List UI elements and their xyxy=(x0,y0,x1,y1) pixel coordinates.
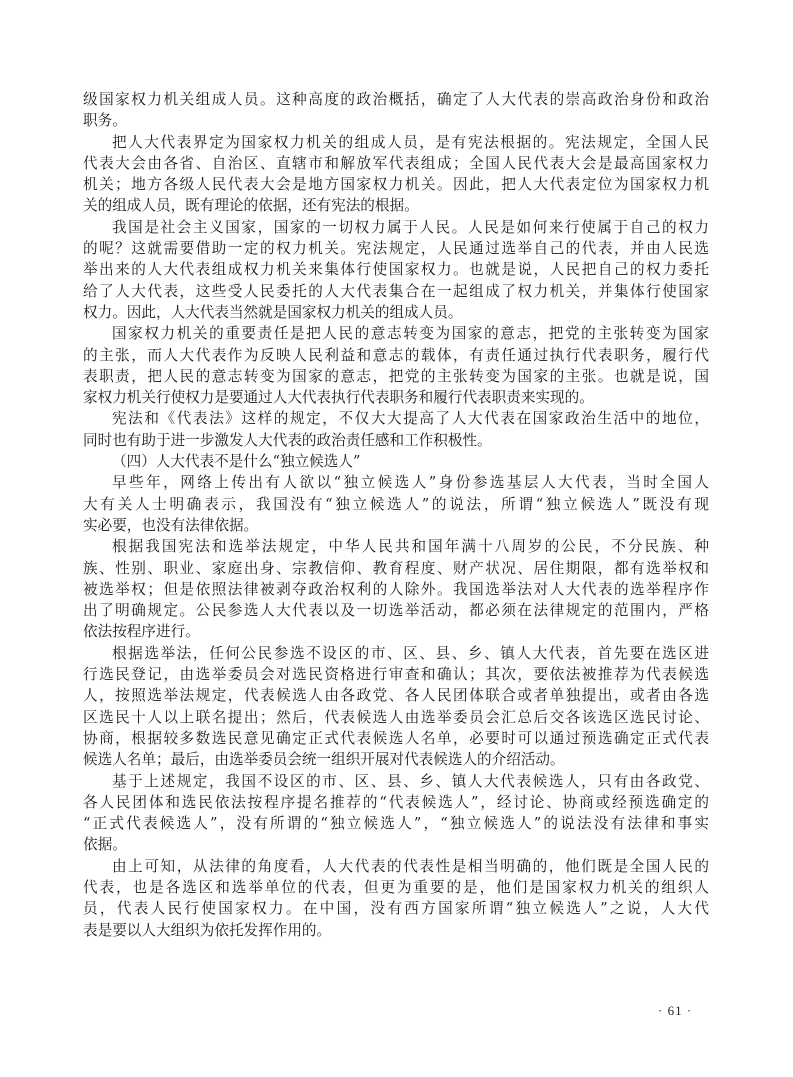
text-line: 表是要以人大组织为依托发挥作用的。 xyxy=(83,920,709,941)
paragraph: 根据选举法，任何公民参选不设区的市、区、县、乡、镇人大代表，首先要在选区进 行选… xyxy=(83,643,709,771)
text-line: 职务。 xyxy=(83,110,709,131)
paragraph: 根据我国宪法和选举法规定，中华人民共和国年满十八周岁的公民，不分民族、种 族、性… xyxy=(83,536,709,642)
text-line: 基于上述规定，我国不设区的市、区、县、乡、镇人大代表候选人，只有由各政党、 xyxy=(83,771,709,792)
text-line: 大有关人士明确表示，我国没有“独立候选人”的说法，所谓“独立候选人”既没有现 xyxy=(83,494,709,515)
text-line: 机关；地方各级人民代表大会是地方国家权力机关。因此，把人大代表定位为国家权力机 xyxy=(83,174,709,195)
text-line: 国家权力机关的重要责任是把人民的意志转变为国家的意志，把党的主张转变为国家 xyxy=(83,323,709,344)
text-line: 行选民登记，由选举委员会对选民资格进行审查和确认；其次，要依法被推荐为代表候选 xyxy=(83,664,709,685)
text-line: 宪法和《代表法》这样的规定，不仅大大提高了人大代表在国家政治生活中的地位， xyxy=(83,408,709,429)
text-line: 表职责，把人民的意志转变为国家的意志，把党的主张转变为国家的主张。也就是说，国 xyxy=(83,366,709,387)
text-line: “正式代表候选人”，没有所谓的“独立候选人”，“独立候选人”的说法没有法律和事实 xyxy=(83,813,709,834)
text-line: 代表大会由各省、自治区、直辖市和解放军代表组成；全国人民代表大会是最高国家权力 xyxy=(83,153,709,174)
text-line: 关的组成人员，既有理论的依据，还有宪法的根据。 xyxy=(83,195,709,216)
text-line: 早些年，网络上传出有人欲以“独立候选人”身份参选基层人大代表，当时全国人 xyxy=(83,472,709,493)
paragraph: 宪法和《代表法》这样的规定，不仅大大提高了人大代表在国家政治生活中的地位， 同时… xyxy=(83,408,709,451)
text-line: 出了明确规定。公民参选人大代表以及一切选举活动，都必须在法律规定的范围内，严格 xyxy=(83,600,709,621)
text-line: 候选人名单；最后，由选举委员会统一组织开展对代表候选人的介绍活动。 xyxy=(83,749,709,770)
text-line: 依据。 xyxy=(83,834,709,855)
text-line: 举出来的人大代表组成权力机关来集体行使国家权力。也就是说，人民把自己的权力委托 xyxy=(83,259,709,280)
page-number: · 61 · xyxy=(658,1003,692,1019)
paragraph: 级国家权力机关组成人员。这种高度的政治概括，确定了人大代表的崇高政治身份和政治 … xyxy=(83,89,709,132)
paragraph: 国家权力机关的重要责任是把人民的意志转变为国家的意志，把党的主张转变为国家 的主… xyxy=(83,323,709,408)
paragraph: 我国是社会主义国家，国家的一切权力属于人民。人民是如何来行使属于自己的权力 的呢… xyxy=(83,217,709,323)
text-line: 各人民团体和选民依法按程序提名推荐的“代表候选人”，经讨论、协商或经预选确定的 xyxy=(83,792,709,813)
text-line: 由上可知，从法律的角度看，人大代表的代表性是相当明确的，他们既是全国人民的 xyxy=(83,856,709,877)
text-line: 给了人大代表，这些受人民委托的人大代表集合在一起组成了权力机关，并集体行使国家 xyxy=(83,281,709,302)
text-line: 实必要，也没有法律依据。 xyxy=(83,515,709,536)
text-line: 代表，也是各选区和选举单位的代表，但更为重要的是，他们是国家权力机关的组织人 xyxy=(83,877,709,898)
section-heading: （四）人大代表不是什么“独立候选人” xyxy=(83,451,709,472)
text-line: 员，代表人民行使国家权力。在中国，没有西方国家所谓“独立候选人”之说，人大代 xyxy=(83,898,709,919)
text-line: 同时也有助于进一步激发人大代表的政治责任感和工作积极性。 xyxy=(83,430,709,451)
paragraph: 早些年，网络上传出有人欲以“独立候选人”身份参选基层人大代表，当时全国人 大有关… xyxy=(83,472,709,536)
text-line: 的呢？这就需要借助一定的权力机关。宪法规定，人民通过选举自己的代表，并由人民选 xyxy=(83,238,709,259)
text-line: 区选民十人以上联名提出；然后，代表候选人由选举委员会汇总后交各该选区选民讨论、 xyxy=(83,707,709,728)
text-line: 级国家权力机关组成人员。这种高度的政治概括，确定了人大代表的崇高政治身份和政治 xyxy=(83,89,709,110)
text-line: 人，按照选举法规定，代表候选人由各政党、各人民团体联合或者单独提出，或者由各选 xyxy=(83,685,709,706)
text-line: 协商，根据较多数选民意见确定正式代表候选人名单，必要时可以通过预选确定正式代表 xyxy=(83,728,709,749)
text-line: 根据我国宪法和选举法规定，中华人民共和国年满十八周岁的公民，不分民族、种 xyxy=(83,536,709,557)
text-line: 把人大代表界定为国家权力机关的组成人员，是有宪法根据的。宪法规定，全国人民 xyxy=(83,132,709,153)
heading-text: （四）人大代表不是什么“独立候选人” xyxy=(83,451,709,472)
text-line: 族、性别、职业、家庭出身、宗教信仰、教育程度、财产状况、居住期限，都有选举权和 xyxy=(83,558,709,579)
paragraph: 基于上述规定，我国不设区的市、区、县、乡、镇人大代表候选人，只有由各政党、 各人… xyxy=(83,771,709,856)
paragraph: 把人大代表界定为国家权力机关的组成人员，是有宪法根据的。宪法规定，全国人民 代表… xyxy=(83,132,709,217)
document-body: 级国家权力机关组成人员。这种高度的政治概括，确定了人大代表的崇高政治身份和政治 … xyxy=(83,89,709,941)
text-line: 我国是社会主义国家，国家的一切权力属于人民。人民是如何来行使属于自己的权力 xyxy=(83,217,709,238)
text-line: 被选举权；但是依照法律被剥夺政治权利的人除外。我国选举法对人大代表的选举程序作 xyxy=(83,579,709,600)
text-line: 的主张，而人大代表作为反映人民利益和意志的载体，有责任通过执行代表职务，履行代 xyxy=(83,345,709,366)
paragraph: 由上可知，从法律的角度看，人大代表的代表性是相当明确的，他们既是全国人民的 代表… xyxy=(83,856,709,941)
text-line: 家权力机关行使权力是要通过人大代表执行代表职务和履行代表职责来实现的。 xyxy=(83,387,709,408)
text-line: 依法按程序进行。 xyxy=(83,621,709,642)
text-line: 根据选举法，任何公民参选不设区的市、区、县、乡、镇人大代表，首先要在选区进 xyxy=(83,643,709,664)
text-line: 权力。因此，人大代表当然就是国家权力机关的组成人员。 xyxy=(83,302,709,323)
